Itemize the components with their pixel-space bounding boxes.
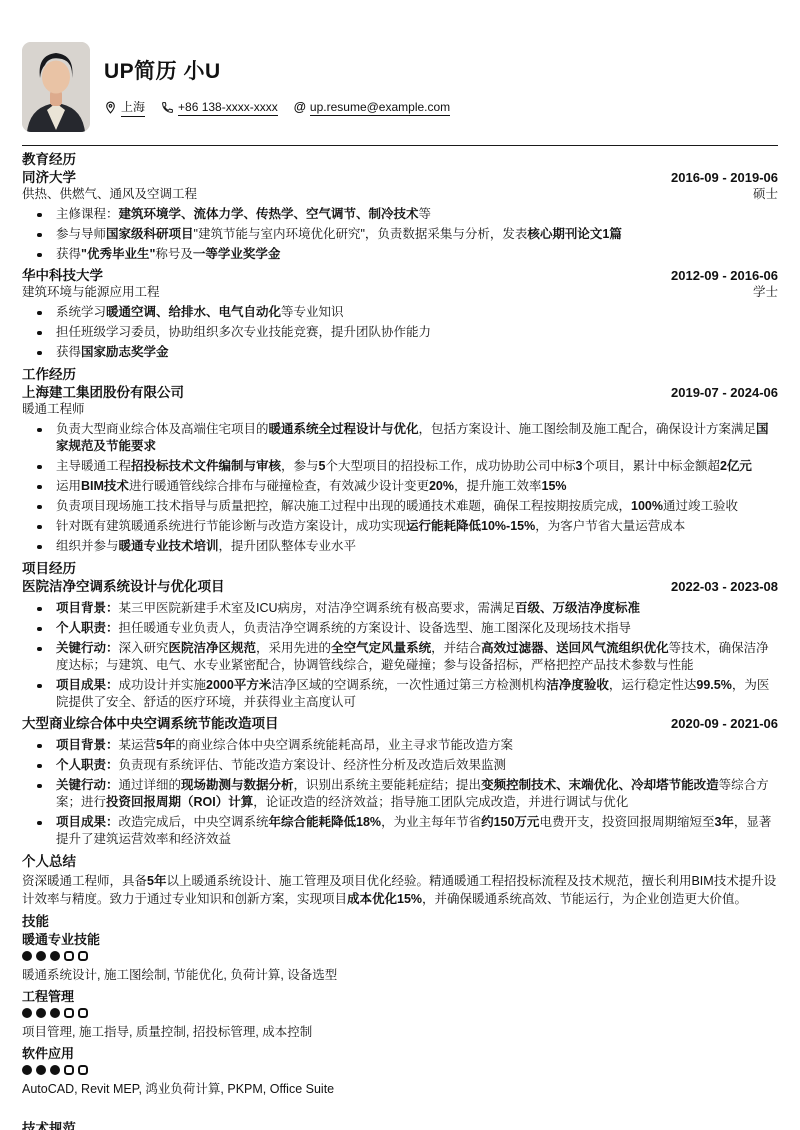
email-text[interactable]: up.resume@example.com xyxy=(310,100,450,116)
entry-date: 2016-09 - 2019-06 xyxy=(671,170,778,186)
skill-rating xyxy=(22,1065,778,1075)
skill-detail: 暖通系统设计, 施工图绘制, 节能优化, 负荷计算, 设备选型 xyxy=(22,967,778,983)
section-title-work: 工作经历 xyxy=(22,367,778,383)
bullet-item: 获得国家励志奖学金 xyxy=(22,344,778,361)
skill-rating xyxy=(22,1008,778,1018)
rating-dot-filled xyxy=(36,951,46,961)
bullet-list: 负责大型商业综合体及高端住宅项目的暖通系统全过程设计与优化，包括方案设计、施工图… xyxy=(22,421,778,555)
project-entry: 大型商业综合体中央空调系统节能改造项目 2020-09 - 2021-06 项目… xyxy=(22,716,778,848)
profile-photo-illustration xyxy=(22,42,90,132)
rating-dot-filled xyxy=(22,1065,32,1075)
bullet-item: 参与导师国家级科研项目"建筑节能与室内环境优化研究"，负责数据采集与分析，发表核… xyxy=(22,226,778,243)
project-entry: 医院洁净空调系统设计与优化项目 2022-03 - 2023-08 项目背景：某… xyxy=(22,579,778,711)
job-title: 暖通工程师 xyxy=(22,402,85,417)
rating-dot-filled xyxy=(36,1008,46,1018)
bullet-item: 系统学习暖通空调、给排水、电气自动化等专业知识 xyxy=(22,304,778,321)
major-name: 供热、供燃气、通风及空调工程 xyxy=(22,187,197,202)
rating-dot-empty xyxy=(78,951,88,961)
candidate-name: UP简历 小U xyxy=(104,55,450,85)
skill-name: 软件应用 xyxy=(22,1046,778,1061)
section-title-education: 教育经历 xyxy=(22,152,778,168)
rating-dot-filled xyxy=(36,1065,46,1075)
bullet-item: 项目成果：成功设计并实施2000平方米洁净区域的空调系统，一次性通过第三方检测机… xyxy=(22,677,778,711)
entry-date: 2022-03 - 2023-08 xyxy=(671,579,778,595)
school-name: 华中科技大学 xyxy=(22,268,103,284)
bullet-list: 系统学习暖通空调、给排水、电气自动化等专业知识 担任班级学习委员，协助组织多次专… xyxy=(22,304,778,361)
rating-dot-empty xyxy=(78,1008,88,1018)
header-divider xyxy=(22,145,778,146)
phone-icon xyxy=(161,101,174,114)
skill-rating xyxy=(22,951,778,961)
cutoff-section-title: 技术规范 xyxy=(22,1121,76,1130)
bullet-item: 主修课程：建筑环境学、流体力学、传热学、空气调节、制冷技术等 xyxy=(22,206,778,223)
section-summary: 个人总结 资深暖通工程师，具备5年以上暖通系统设计、施工管理及项目优化经验。精通… xyxy=(22,854,778,908)
bullet-item: 项目成果：改造完成后，中央空调系统年综合能耗降低18%，为业主每年节省约150万… xyxy=(22,814,778,848)
entry-date: 2019-07 - 2024-06 xyxy=(671,385,778,401)
at-icon: @ xyxy=(294,101,306,114)
bullet-item: 负责项目现场施工技术指导与质量把控，解决施工过程中出现的暖通技术难题，确保工程按… xyxy=(22,498,778,515)
bullet-item: 个人职责：负责现有系统评估、节能改造方案设计、经济性分析及改造后效果监测 xyxy=(22,757,778,774)
bullet-item: 运用BIM技术进行暖通管线综合排布与碰撞检查，有效减少设计变更20%，提升施工效… xyxy=(22,478,778,495)
skill-group: 工程管理 项目管理, 施工指导, 质量控制, 招投标管理, 成本控制 xyxy=(22,989,778,1040)
phone-text[interactable]: +86 138-xxxx-xxxx xyxy=(178,100,278,116)
rating-dot-empty xyxy=(64,1065,74,1075)
bullet-item: 项目背景：某三甲医院新建手术室及ICU病房，对洁净空调系统有极高要求，需满足百级… xyxy=(22,600,778,617)
rating-dot-filled xyxy=(50,951,60,961)
bullet-item: 主导暖通工程招投标技术文件编制与审核，参与5个大型项目的招投标工作，成功协助公司… xyxy=(22,458,778,475)
bullet-item: 个人职责：担任暖通专业负责人，负责洁净空调系统的方案设计、设备选型、施工图深化及… xyxy=(22,620,778,637)
skill-detail: AutoCAD, Revit MEP, 鸿业负荷计算, PKPM, Office… xyxy=(22,1081,778,1097)
contact-phone[interactable]: +86 138-xxxx-xxxx xyxy=(161,100,278,116)
rating-dot-filled xyxy=(50,1008,60,1018)
bullet-item: 关键行动：深入研究医院洁净区规范，采用先进的全空气定风量系统，并结合高效过滤器、… xyxy=(22,640,778,674)
entry-date: 2012-09 - 2016-06 xyxy=(671,268,778,284)
section-title-summary: 个人总结 xyxy=(22,854,778,870)
work-entry: 上海建工集团股份有限公司 2019-07 - 2024-06 暖通工程师 负责大… xyxy=(22,385,778,555)
bullet-item: 针对既有建筑暖通系统进行节能诊断与改造方案设计，成功实现运行能耗降低10%-15… xyxy=(22,518,778,535)
bullet-item: 负责大型商业综合体及高端住宅项目的暖通系统全过程设计与优化，包括方案设计、施工图… xyxy=(22,421,778,455)
degree-label: 硕士 xyxy=(753,187,778,202)
section-title-projects: 项目经历 xyxy=(22,561,778,577)
contact-email[interactable]: @ up.resume@example.com xyxy=(294,100,450,116)
company-name: 上海建工集团股份有限公司 xyxy=(22,385,184,401)
resume-page: UP简历 小U 上海 +86 138-xxxx-xxxx @ xyxy=(0,0,800,1130)
bullet-item: 组织并参与暖通专业技术培训，提升团队整体专业水平 xyxy=(22,538,778,555)
education-entry: 同济大学 2016-09 - 2019-06 供热、供燃气、通风及空调工程 硕士… xyxy=(22,170,778,263)
project-name: 大型商业综合体中央空调系统节能改造项目 xyxy=(22,716,279,732)
profile-photo xyxy=(22,42,90,132)
section-projects: 项目经历 医院洁净空调系统设计与优化项目 2022-03 - 2023-08 项… xyxy=(22,561,778,848)
resume-header: UP简历 小U 上海 +86 138-xxxx-xxxx @ xyxy=(22,0,778,132)
bullet-item: 项目背景：某运营5年的商业综合体中央空调系统能耗高昂，业主寻求节能改造方案 xyxy=(22,737,778,754)
location-text: 上海 xyxy=(121,98,145,117)
skill-detail: 项目管理, 施工指导, 质量控制, 招投标管理, 成本控制 xyxy=(22,1024,778,1040)
section-education: 教育经历 同济大学 2016-09 - 2019-06 供热、供燃气、通风及空调… xyxy=(22,152,778,361)
bullet-item: 担任班级学习委员，协助组织多次专业技能竞赛，提升团队协作能力 xyxy=(22,324,778,341)
major-name: 建筑环境与能源应用工程 xyxy=(22,285,160,300)
section-skills: 技能 暖通专业技能 暖通系统设计, 施工图绘制, 节能优化, 负荷计算, 设备选… xyxy=(22,914,778,1097)
bullet-list: 项目背景：某运营5年的商业综合体中央空调系统能耗高昂，业主寻求节能改造方案 个人… xyxy=(22,737,778,848)
contact-row: 上海 +86 138-xxxx-xxxx @ up.resume@example… xyxy=(104,98,450,117)
skill-group: 软件应用 AutoCAD, Revit MEP, 鸿业负荷计算, PKPM, O… xyxy=(22,1046,778,1097)
entry-date: 2020-09 - 2021-06 xyxy=(671,716,778,732)
bullet-list: 主修课程：建筑环境学、流体力学、传热学、空气调节、制冷技术等 参与导师国家级科研… xyxy=(22,206,778,263)
header-info: UP简历 小U 上海 +86 138-xxxx-xxxx @ xyxy=(104,42,450,132)
skill-name: 工程管理 xyxy=(22,989,778,1004)
summary-paragraph: 资深暖通工程师，具备5年以上暖通系统设计、施工管理及项目优化经验。精通暖通工程招… xyxy=(22,872,778,908)
rating-dot-empty xyxy=(64,1008,74,1018)
section-work: 工作经历 上海建工集团股份有限公司 2019-07 - 2024-06 暖通工程… xyxy=(22,367,778,555)
rating-dot-filled xyxy=(22,1008,32,1018)
degree-label: 学士 xyxy=(753,285,778,300)
rating-dot-empty xyxy=(78,1065,88,1075)
skill-group: 暖通专业技能 暖通系统设计, 施工图绘制, 节能优化, 负荷计算, 设备选型 xyxy=(22,932,778,983)
school-name: 同济大学 xyxy=(22,170,76,186)
skill-name: 暖通专业技能 xyxy=(22,932,778,947)
bullet-list: 项目背景：某三甲医院新建手术室及ICU病房，对洁净空调系统有极高要求，需满足百级… xyxy=(22,600,778,711)
rating-dot-filled xyxy=(22,951,32,961)
bullet-item: 关键行动：通过详细的现场勘测与数据分析，识别出系统主要能耗症结；提出变频控制技术… xyxy=(22,777,778,811)
section-title-skills: 技能 xyxy=(22,914,778,930)
location-pin-icon xyxy=(104,101,117,114)
education-entry: 华中科技大学 2012-09 - 2016-06 建筑环境与能源应用工程 学士 … xyxy=(22,268,778,361)
bullet-item: 获得"优秀毕业生"称号及一等学业奖学金 xyxy=(22,246,778,263)
contact-location: 上海 xyxy=(104,98,145,117)
project-name: 医院洁净空调系统设计与优化项目 xyxy=(22,579,225,595)
rating-dot-filled xyxy=(50,1065,60,1075)
rating-dot-empty xyxy=(64,951,74,961)
